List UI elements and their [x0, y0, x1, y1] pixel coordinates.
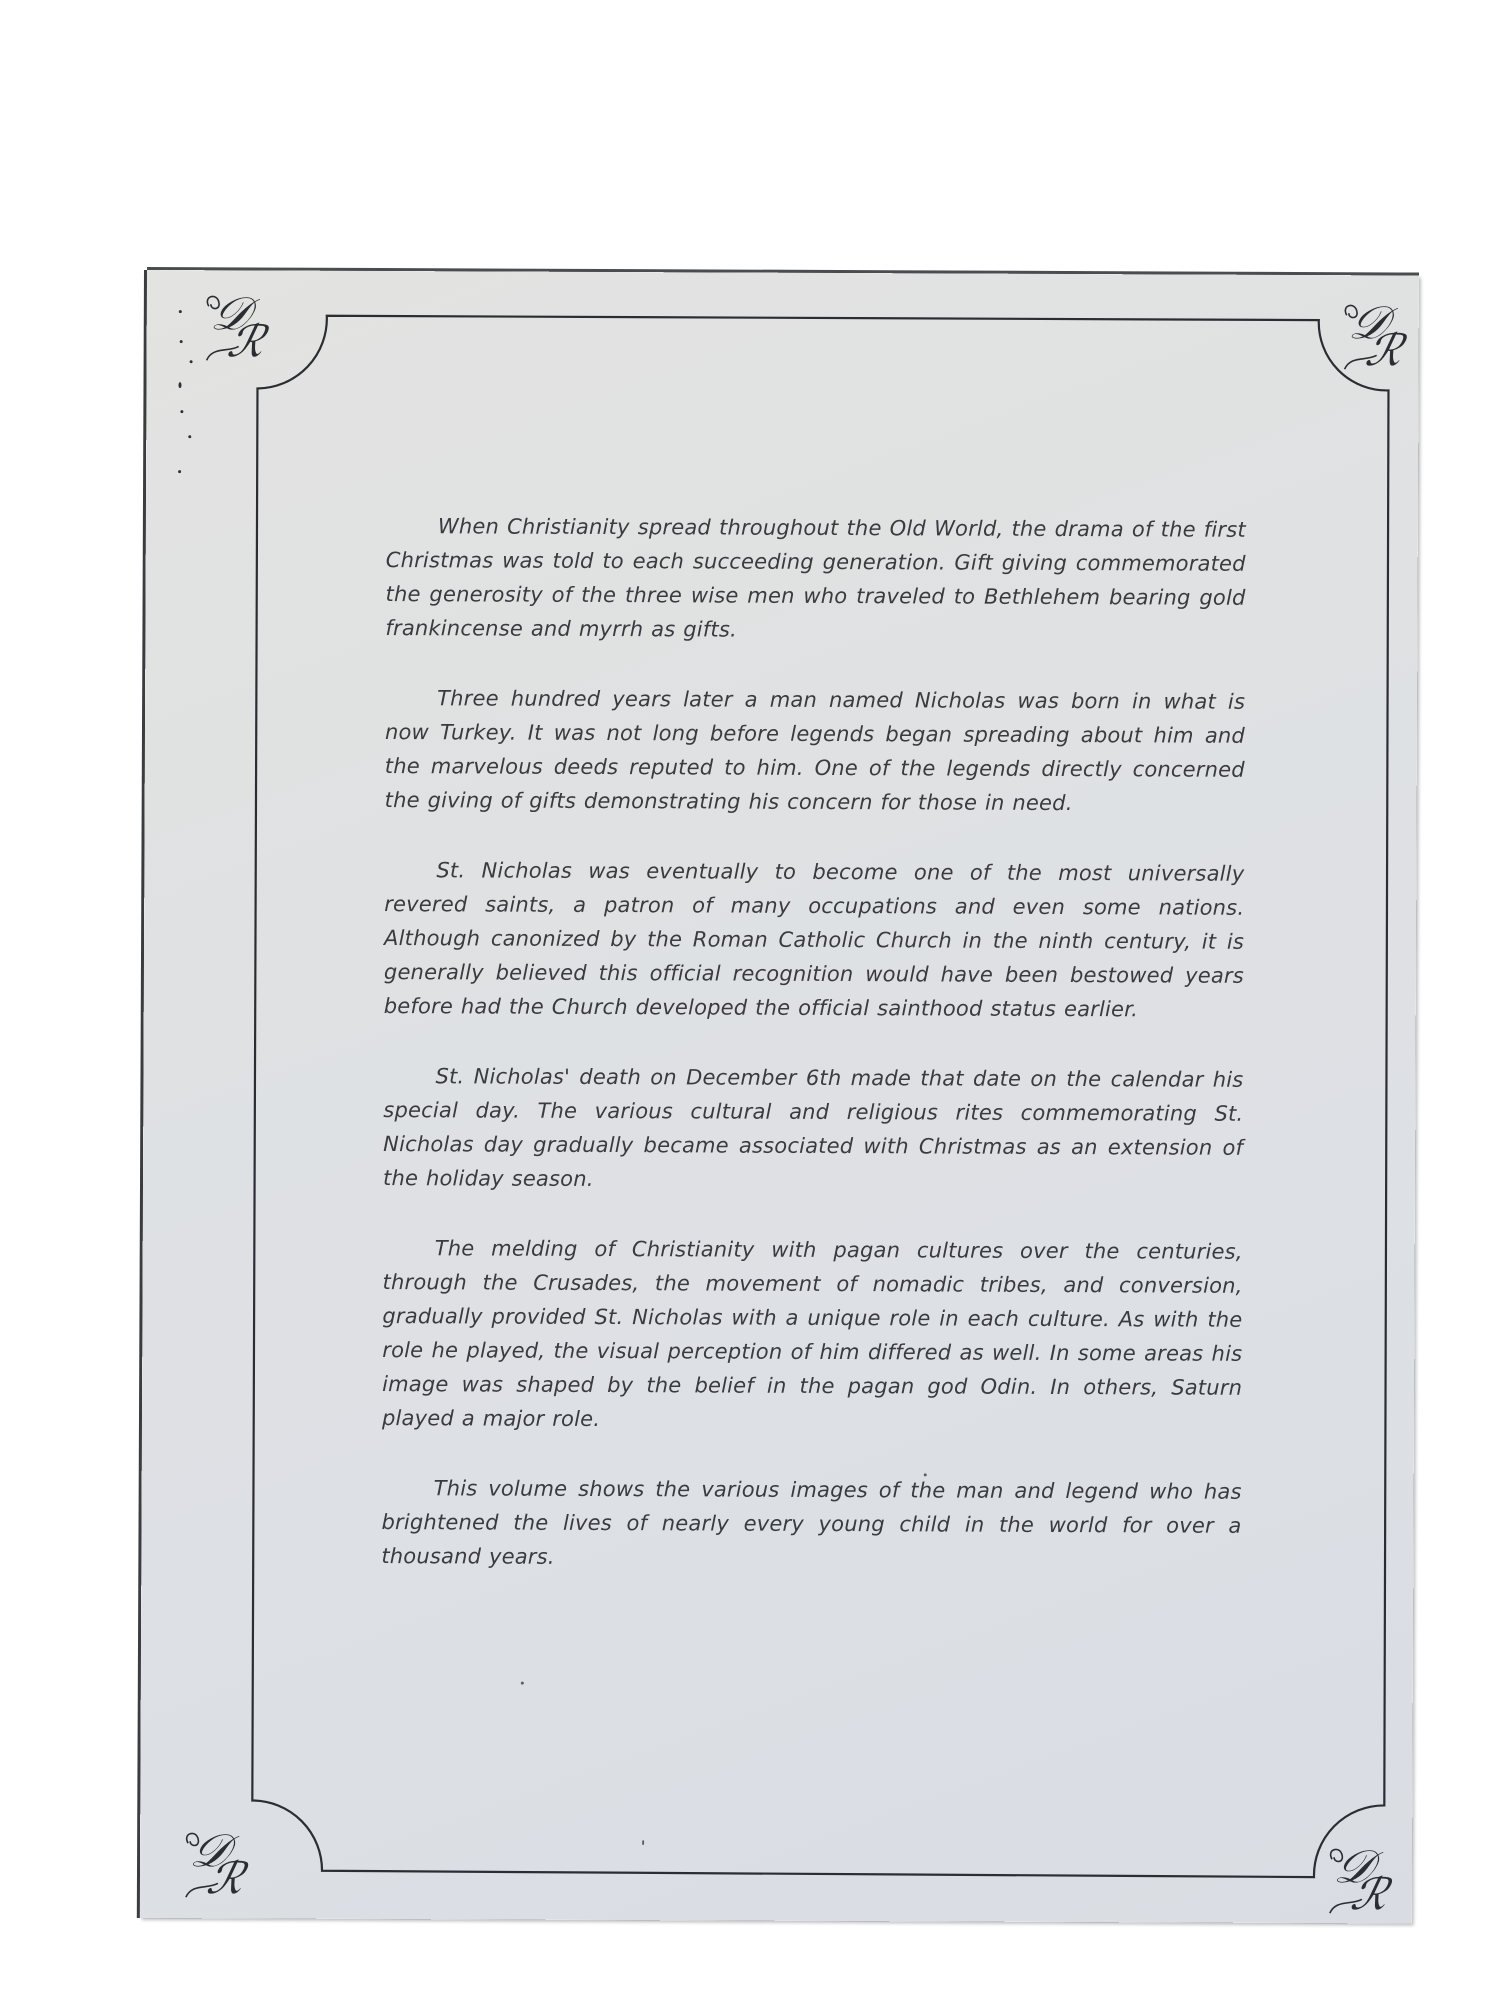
paragraph-pagan-cultures: The melding of Christianity with pagan c…	[382, 1231, 1243, 1439]
paragraph-this-volume: This volume shows the various images of …	[381, 1471, 1241, 1577]
paragraph-sainthood: St. Nicholas was eventually to become on…	[384, 853, 1245, 1027]
monogram-top-left: DR 𝒟 ℛ	[199, 288, 279, 368]
document-page: DR 𝒟 ℛ 𝒟 ℛ 𝒟 ℛ 𝒟 ℛ When Christianity spr…	[140, 270, 1419, 1924]
monogram-bottom-right: 𝒟 ℛ	[1322, 1841, 1402, 1921]
monogram-bottom-left: 𝒟 ℛ	[178, 1825, 258, 1905]
paper-speck	[642, 1840, 644, 1845]
paragraph-december-6th: St. Nicholas' death on December 6th made…	[383, 1059, 1244, 1199]
paragraph-nicholas-born: Three hundred years later a man named Ni…	[385, 681, 1246, 821]
paper-speck	[521, 1682, 524, 1685]
body-text: When Christianity spread throughout the …	[381, 509, 1246, 1613]
binding-holes	[174, 310, 195, 510]
paragraph-christianity: When Christianity spread throughout the …	[385, 509, 1246, 649]
monogram-top-right: 𝒟 ℛ	[1337, 297, 1417, 377]
paper-speck	[924, 1473, 927, 1476]
